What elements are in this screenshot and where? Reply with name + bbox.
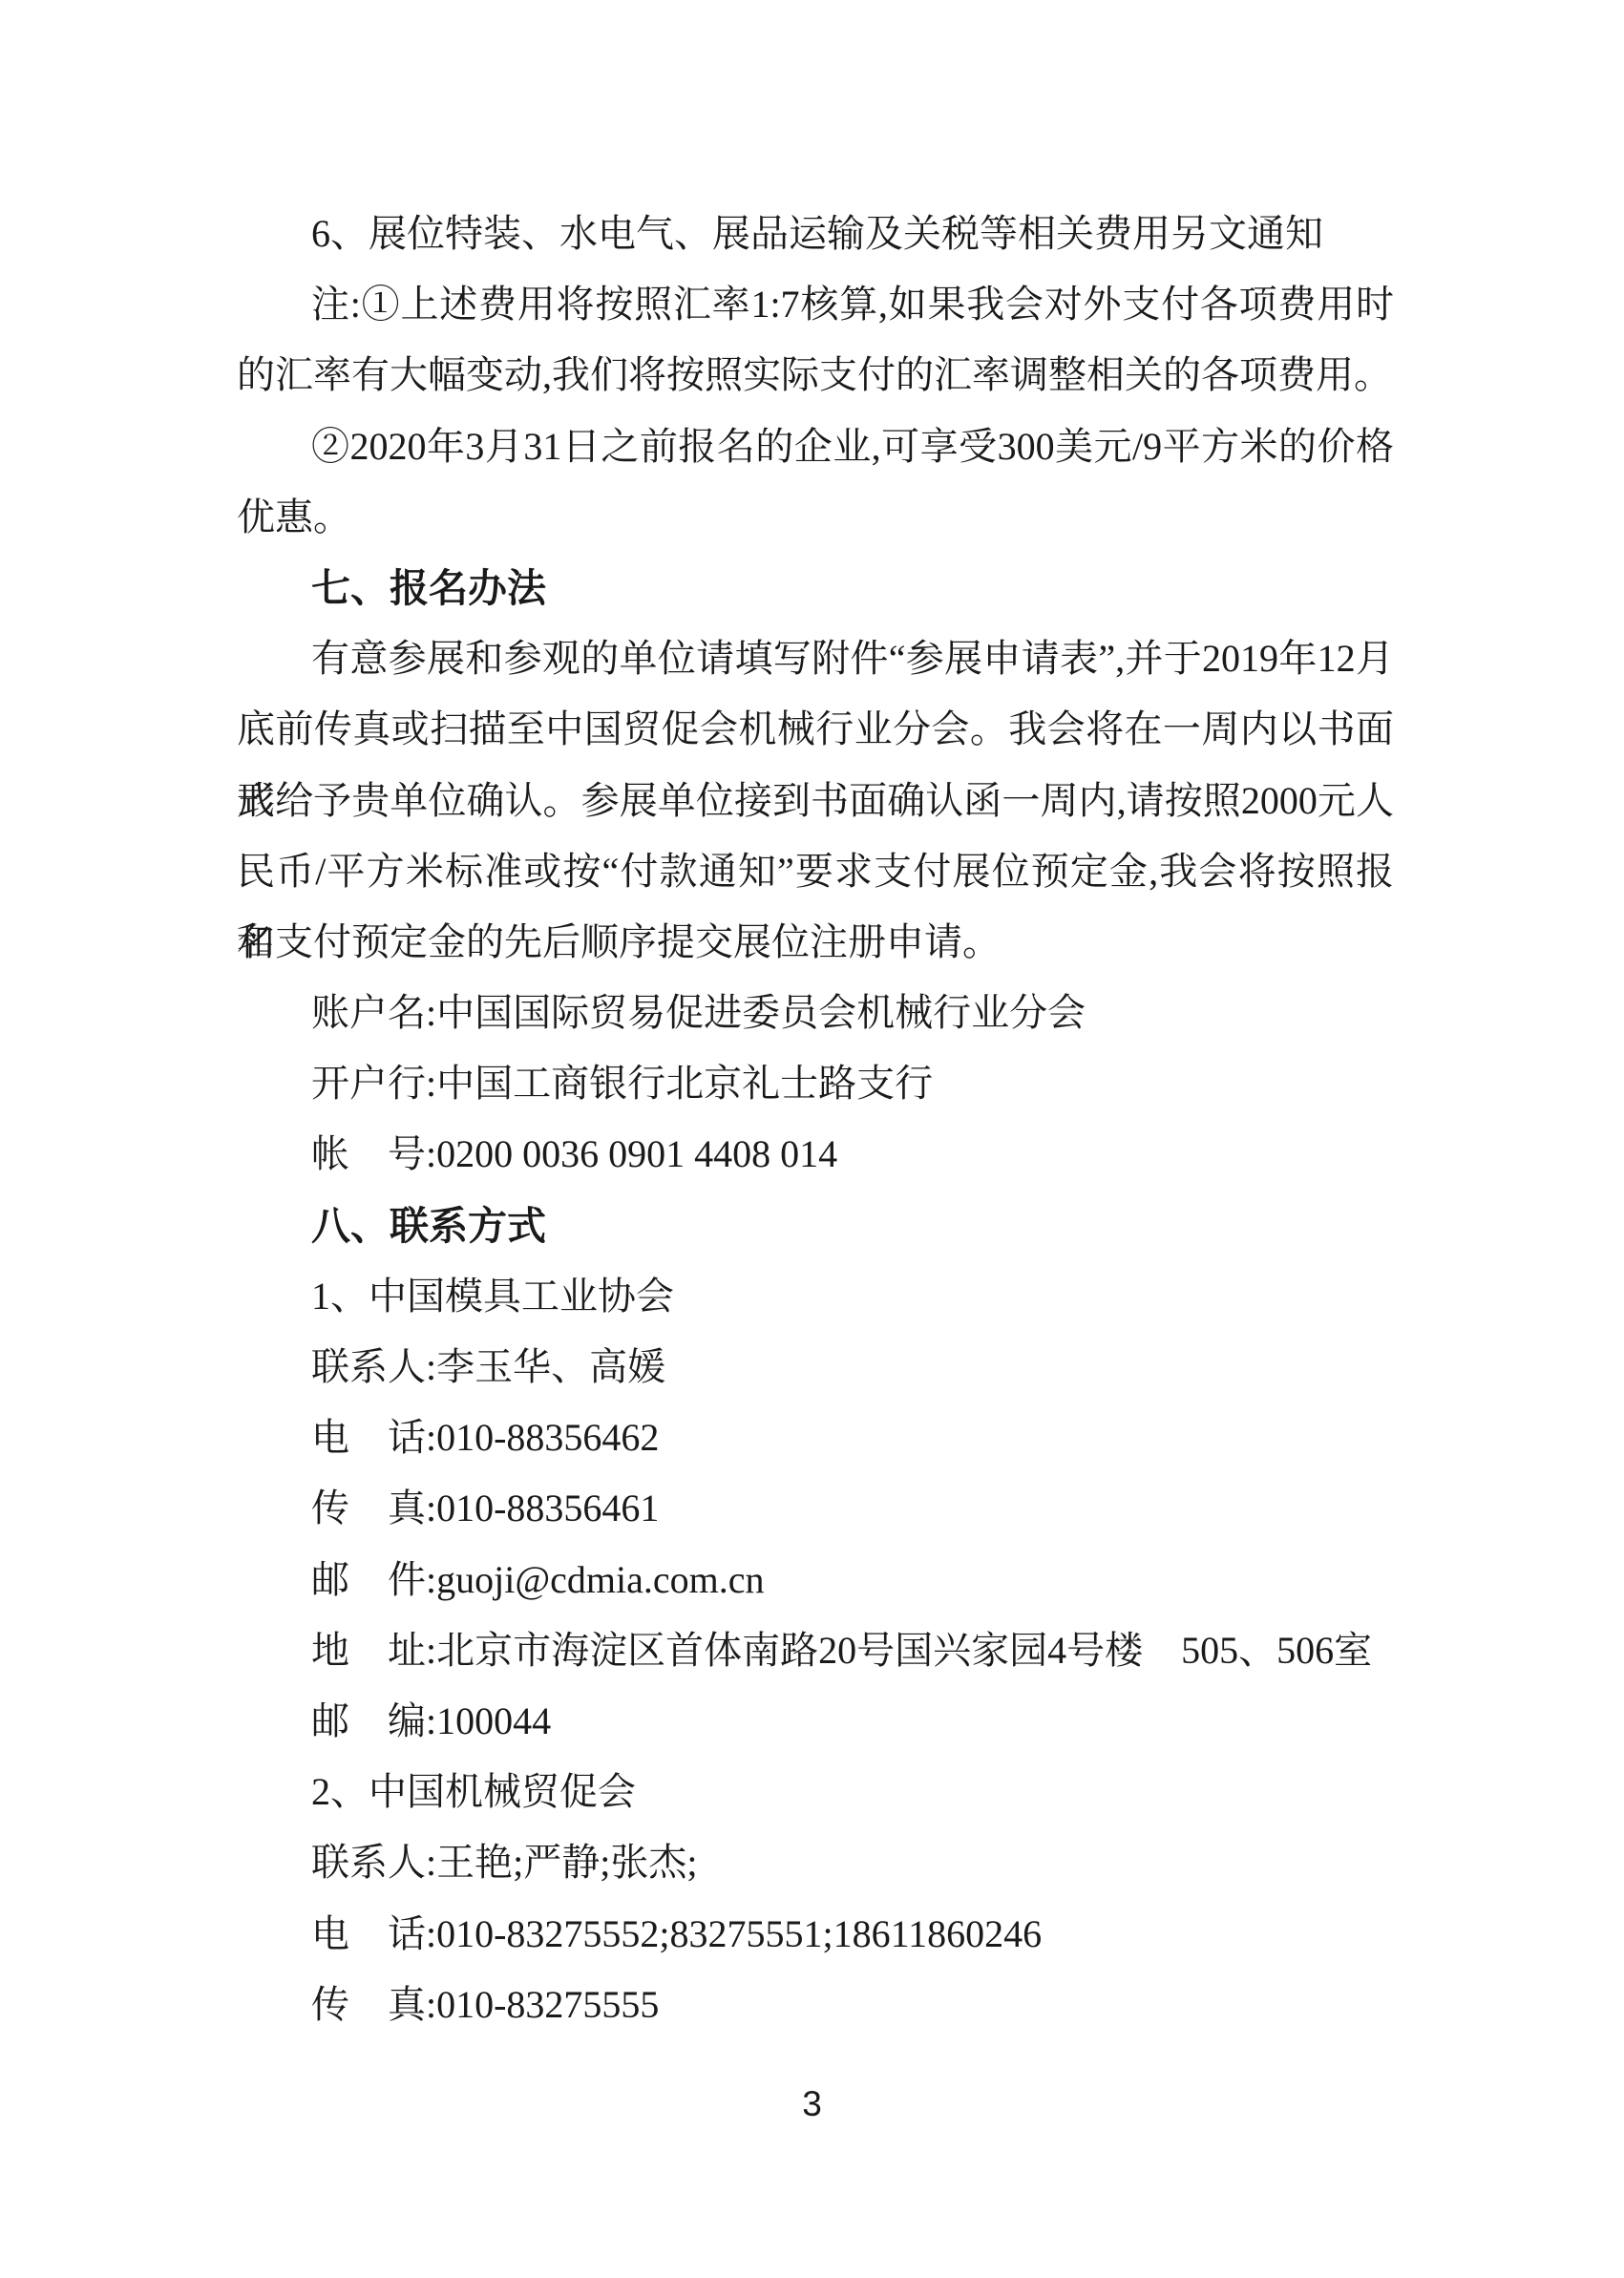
document-page: { "colors": { "text": "#1a1a1a", "backgr… — [0, 0, 1624, 2278]
line-org1-contacts: 联系人:李玉华、高媛 — [237, 1332, 1394, 1403]
line-note-2: ②2020年3月31日之前报名的企业,可享受300美元/9平方米的价格 — [237, 411, 1394, 482]
document-text-block: 6、展位特装、水电气、展品运输及关税等相关费用另文通知 注:①上述费用将按照汇率… — [237, 199, 1394, 2040]
line-org2-contacts: 联系人:王艳;严静;张杰; — [237, 1827, 1394, 1898]
line-account-name: 账户名:中国国际贸易促进委员会机械行业分会 — [237, 978, 1394, 1048]
line-item6-fees: 6、展位特装、水电气、展品运输及关税等相关费用另文通知 — [237, 199, 1394, 269]
line-org1-email: 邮 件:guoji@cdmia.com.cn — [237, 1545, 1394, 1615]
page-number: 3 — [0, 2081, 1624, 2127]
line-org1-zip: 邮 编:100044 — [237, 1686, 1394, 1757]
line-account-number: 帐 号:0200 0036 0901 4408 014 — [237, 1119, 1394, 1190]
line-org1-fax: 传 真:010-88356461 — [237, 1473, 1394, 1544]
line-org1-address: 地 址:北京市海淀区首体南路20号国兴家园4号楼 505、506室 — [237, 1615, 1394, 1686]
line-signup-4: 民币/平方米标准或按“付款通知”要求支付展位预定金,我会将按照报名 — [237, 836, 1394, 907]
line-signup-5: 和支付预定金的先后顺序提交展位注册申请。 — [237, 907, 1394, 978]
line-org1-name: 1、中国模具工业协会 — [237, 1261, 1394, 1332]
heading-section7-signup: 七、报名办法 — [237, 553, 1394, 623]
line-org1-phone: 电 话:010-88356462 — [237, 1403, 1394, 1473]
line-note-2-cont: 优惠。 — [237, 482, 1394, 553]
line-note-1: 注:①上述费用将按照汇率1:7核算,如果我会对外支付各项费用时 — [237, 269, 1394, 340]
line-signup-1: 有意参展和参观的单位请填写附件“参展申请表”,并于2019年12月 — [237, 623, 1394, 694]
line-bank: 开户行:中国工商银行北京礼士路支行 — [237, 1048, 1394, 1119]
line-org2-name: 2、中国机械贸促会 — [237, 1757, 1394, 1827]
line-note-1-cont: 的汇率有大幅变动,我们将按照实际支付的汇率调整相关的各项费用。 — [237, 340, 1394, 411]
heading-section8-contacts: 八、联系方式 — [237, 1191, 1394, 1261]
line-signup-2: 底前传真或扫描至中国贸促会机械行业分会。我会将在一周内以书面形 — [237, 694, 1394, 765]
line-org2-phone: 电 话:010-83275552;83275551;18611860246 — [237, 1899, 1394, 1970]
line-org2-fax: 传 真:010-83275555 — [237, 1970, 1394, 2040]
line-signup-3: 式给予贵单位确认。参展单位接到书面确认函一周内,请按照2000元人 — [237, 766, 1394, 836]
